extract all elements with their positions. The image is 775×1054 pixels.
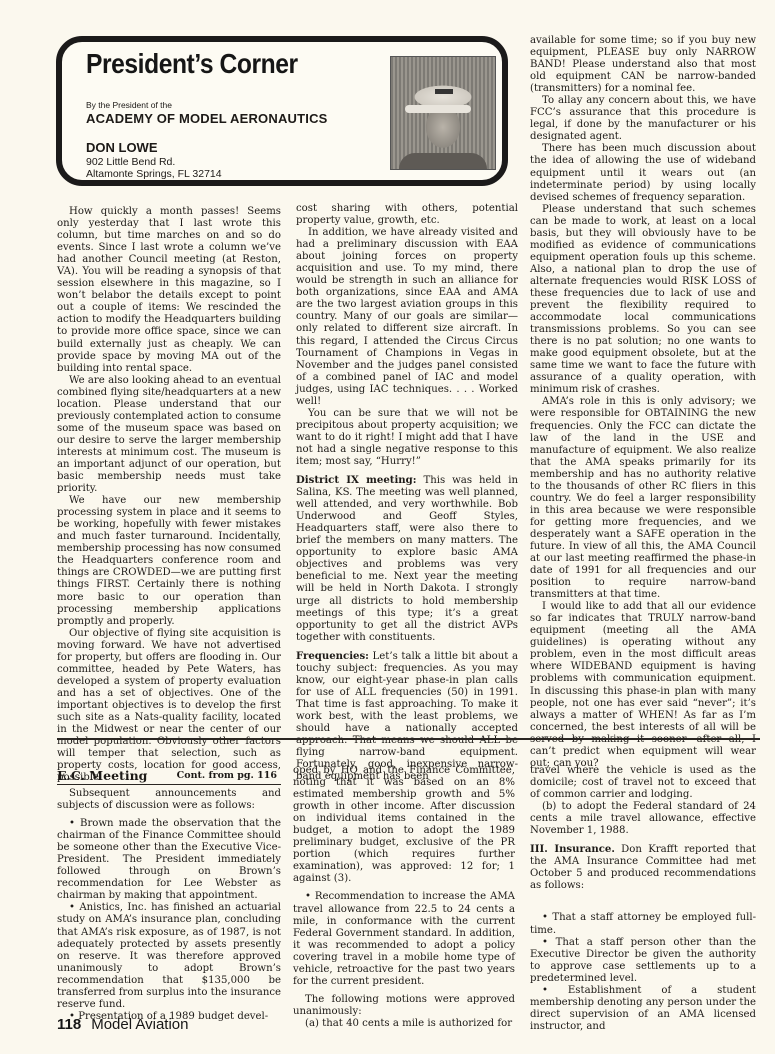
presidents-corner-header: President’s Corner By the President of t…: [56, 36, 508, 186]
article-column-1: How quickly a month passes! Seems only y…: [57, 206, 281, 784]
bullet-item: • That a staff attorney be employed full…: [530, 912, 756, 936]
insurance-paragraph: III. Insurance. Don Krafft reported that…: [530, 843, 756, 892]
insurance-label: III. Insurance.: [530, 843, 615, 855]
paragraph: available for some time; so if you buy n…: [530, 35, 756, 95]
column-title: President’s Corner: [86, 48, 298, 80]
paragraph: I would like to add that all our evidenc…: [530, 601, 756, 770]
paragraph: We have our new membership processing sy…: [57, 495, 281, 628]
district-ix-text: This was held in Salina, KS. The meeting…: [296, 475, 518, 643]
paragraph: AMA’s role in this is only advisory; we …: [530, 396, 756, 601]
district-ix-paragraph: District IX meeting: This was held in Sa…: [296, 474, 518, 644]
publication-name: Model Aviation: [91, 1016, 188, 1033]
byline: By the President of the: [86, 100, 172, 110]
bullet-item: • Brown made the observation that the ch…: [57, 818, 281, 902]
paragraph: oped by HQ and the Finance Committee, no…: [293, 765, 515, 885]
paragraph: You can be sure that we will not be prec…: [296, 408, 518, 468]
ec-column-2: oped by HQ and the Finance Committee, no…: [293, 765, 515, 1030]
paragraph: The following motions were approved unan…: [293, 994, 515, 1018]
frequencies-text: Let’s talk a little bit about a touchy s…: [296, 651, 518, 782]
magazine-page: President’s Corner By the President of t…: [0, 0, 775, 1054]
motion-item: (b) to adopt the Federal standard of 24 …: [530, 801, 756, 837]
frequencies-paragraph: Frequencies: Let’s talk a little bit abo…: [296, 650, 518, 784]
page-footer: 118Model Aviation: [57, 1016, 189, 1033]
paragraph: In addition, we have already visited and…: [296, 227, 518, 408]
address-line-1: 902 Little Bend Rd.: [86, 156, 175, 168]
organization-name: ACADEMY OF MODEL AERONAUTICS: [86, 111, 328, 126]
paragraph: Please understand that such schemes can …: [530, 204, 756, 397]
paragraph: How quickly a month passes! Seems only y…: [57, 206, 281, 375]
article-column-2: cost sharing with others, potential prop…: [296, 203, 518, 783]
paragraph: We are also looking ahead to an eventual…: [57, 375, 281, 495]
author-portrait-photo: [390, 56, 496, 170]
motion-item: (a) that 40 cents a mile is authorized f…: [293, 1018, 515, 1030]
ec-column-3: travel where the vehicle is used as the …: [530, 765, 756, 1033]
ec-column-1: Subsequent announcements and subjects of…: [57, 788, 281, 1023]
paragraph: cost sharing with others, potential prop…: [296, 203, 518, 227]
bullet-item: • Recommendation to increase the AMA tra…: [293, 891, 515, 987]
address-line-2: Altamonte Springs, FL 32714: [86, 168, 222, 180]
paragraph: Our objective of flying site acquisition…: [57, 628, 281, 785]
bullet-item: • Establishment of a student membership …: [530, 985, 756, 1033]
paragraph: To allay any concern about this, we have…: [530, 95, 756, 143]
page-number: 118: [57, 1016, 81, 1033]
section-divider: [57, 738, 760, 740]
author-name: DON LOWE: [86, 140, 158, 155]
district-ix-label: District IX meeting:: [296, 474, 416, 486]
shirt: [399, 153, 487, 169]
paragraph: There has been much discussion about the…: [530, 143, 756, 203]
article-column-3: available for some time; so if you buy n…: [530, 35, 756, 770]
ec-meeting-header: E.C. Meeting Cont. from pg. 116: [57, 770, 281, 785]
continued-from-link: Cont. from pg. 116: [177, 770, 277, 781]
frequencies-label: Frequencies:: [296, 650, 369, 662]
paragraph: travel where the vehicle is used as the …: [530, 765, 756, 801]
cap-logo: [435, 89, 453, 94]
ec-meeting-title: E.C. Meeting: [57, 768, 147, 783]
bullet-item: • Anistics, Inc. has finished an actuari…: [57, 902, 281, 1010]
bullet-item: • That a staff person other than the Exe…: [530, 937, 756, 985]
cap-brim: [405, 105, 471, 113]
paragraph: Subsequent announcements and subjects of…: [57, 788, 281, 812]
